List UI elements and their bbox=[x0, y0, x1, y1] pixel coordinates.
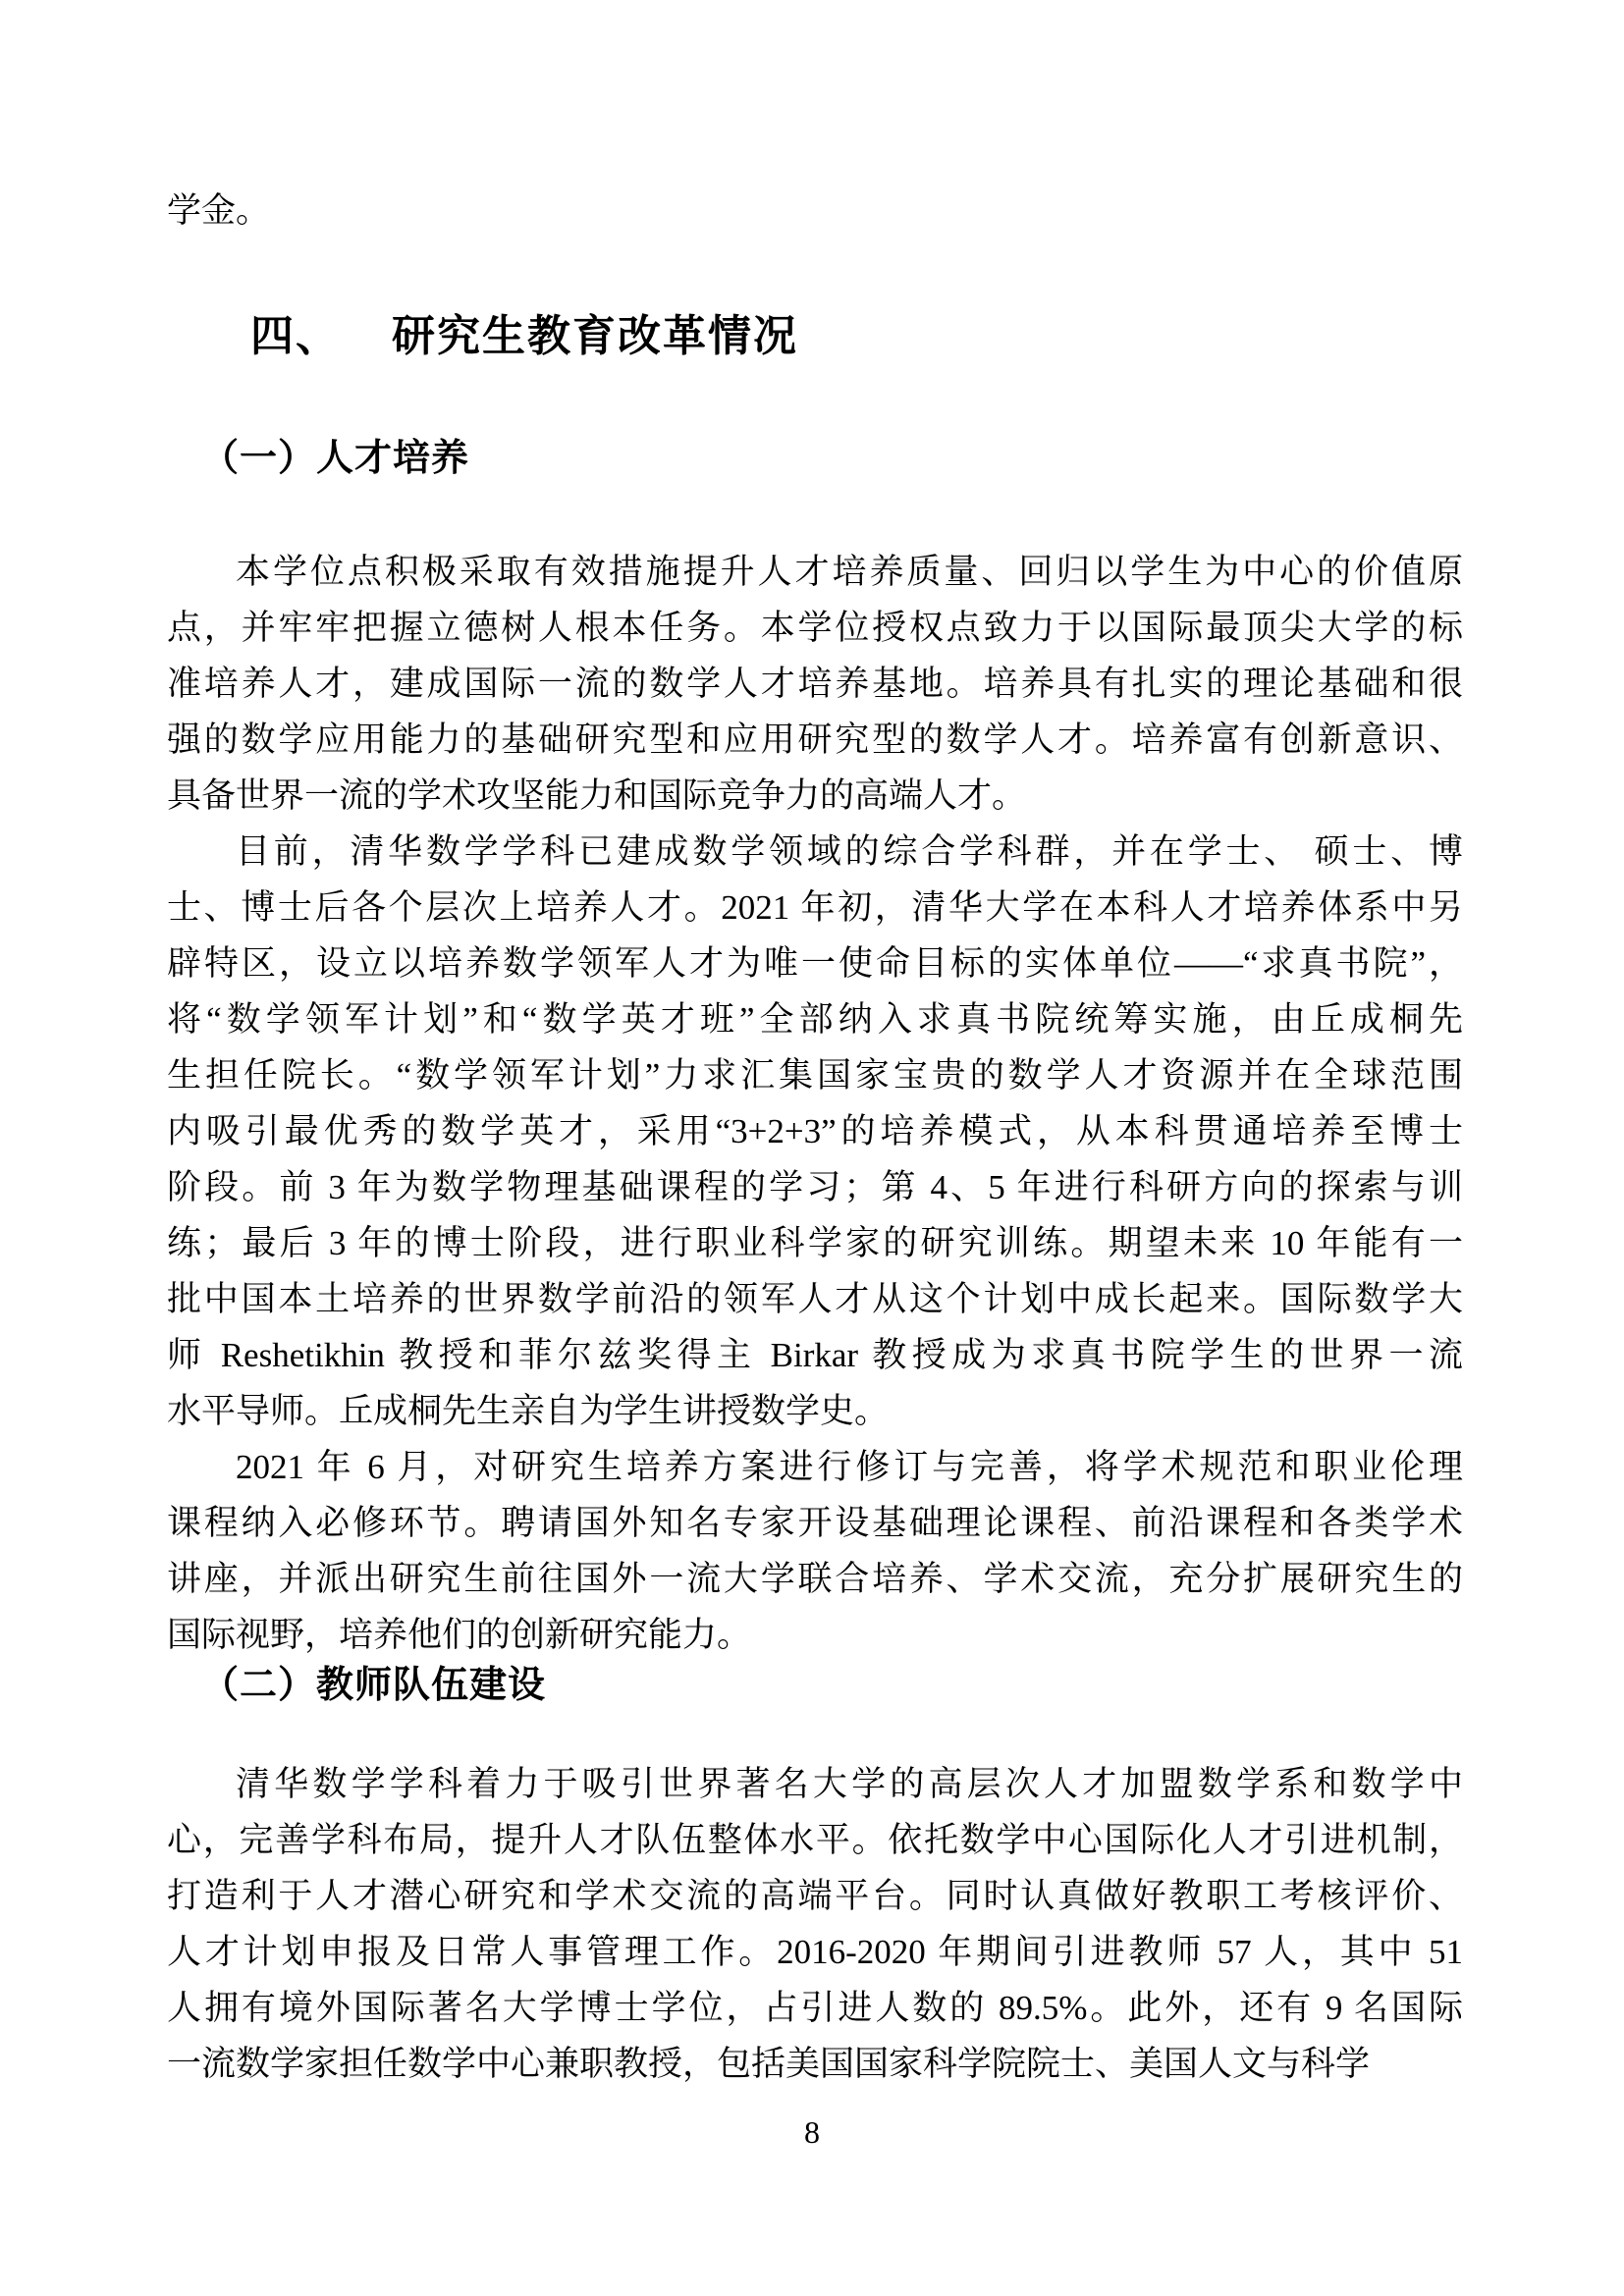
text-line: 士、博士后各个层次上培养人才。2021 年初，清华大学在本科人才培养体系中另 bbox=[167, 880, 1463, 935]
text-line: 点，并牢牢把握立德树人根本任务。本学位授权点致力于以国际最顶尖大学的标 bbox=[167, 600, 1463, 656]
text-line: 水平导师。丘成桐先生亲自为学生讲授数学史。 bbox=[167, 1383, 1463, 1439]
text-line: 内吸引最优秀的数学英才，采用“3+2+3”的培养模式，从本科贯通培养至博士 bbox=[167, 1103, 1463, 1159]
text-line: 强的数学应用能力的基础研究型和应用研究型的数学人才。培养富有创新意识、 bbox=[167, 712, 1463, 768]
chapter-number: 四、 bbox=[250, 312, 341, 360]
paragraph: 目前，清华数学学科已建成数学领域的综合学科群，并在学士、 硕士、博士、博士后各个… bbox=[167, 824, 1463, 1439]
paragraph: 清华数学学科着力于吸引世界著名大学的高层次人才加盟数学系和数学中心，完善学科布局… bbox=[167, 1756, 1463, 2092]
text-line: 2021 年 6 月，对研究生培养方案进行修订与完善，将学术规范和职业伦理 bbox=[167, 1439, 1463, 1495]
text-line: 目前，清华数学学科已建成数学领域的综合学科群，并在学士、 硕士、博 bbox=[167, 824, 1463, 880]
text-line: 打造利于人才潜心研究和学术交流的高端平台。同时认真做好教职工考核评价、 bbox=[167, 1868, 1463, 1924]
text-line: 人才计划申报及日常人事管理工作。2016-2020 年期间引进教师 57 人，其… bbox=[167, 1924, 1463, 1980]
text-line: 具备世界一流的学术攻坚能力和国际竞争力的高端人才。 bbox=[167, 768, 1463, 824]
section-heading-faculty-building: （二）教师队伍建设 bbox=[201, 1657, 1463, 1714]
text-line: 讲座，并派出研究生前往国外一流大学联合培养、学术交流，充分扩展研究生的 bbox=[167, 1551, 1463, 1607]
text-line: 师 Reshetikhin 教授和菲尔兹奖得主 Birkar 教授成为求真书院学… bbox=[167, 1327, 1463, 1383]
section-body-faculty-building: 清华数学学科着力于吸引世界著名大学的高层次人才加盟数学系和数学中心，完善学科布局… bbox=[167, 1756, 1463, 2092]
text-line: 本学位点积极采取有效措施提升人才培养质量、回归以学生为中心的价值原 bbox=[167, 544, 1463, 600]
section-body-talent-cultivation: 本学位点积极采取有效措施提升人才培养质量、回归以学生为中心的价值原点，并牢牢把握… bbox=[167, 544, 1463, 1663]
text-line: 练；最后 3 年的博士阶段，进行职业科学家的研究训练。期望未来 10 年能有一 bbox=[167, 1215, 1463, 1271]
chapter-title: 研究生教育改革情况 bbox=[392, 312, 798, 360]
paragraph: 2021 年 6 月，对研究生培养方案进行修订与完善，将学术规范和职业伦理课程纳… bbox=[167, 1439, 1463, 1663]
text-line: 人拥有境外国际著名大学博士学位，占引进人数的 89.5%。此外，还有 9 名国际 bbox=[167, 1980, 1463, 2036]
chapter-heading: 四、研究生教育改革情况 bbox=[250, 306, 1463, 367]
text-line: 批中国本土培养的世界数学前沿的领军人才从这个计划中成长起来。国际数学大 bbox=[167, 1271, 1463, 1327]
text-line: 准培养人才，建成国际一流的数学人才培养基地。培养具有扎实的理论基础和很 bbox=[167, 656, 1463, 712]
section-heading-talent-cultivation: （一）人才培养 bbox=[201, 430, 1463, 487]
text-line: 辟特区，设立以培养数学领军人才为唯一使命目标的实体单位——“求真书院”， bbox=[167, 935, 1463, 991]
text-line: 心，完善学科布局，提升人才队伍整体水平。依托数学中心国际化人才引进机制， bbox=[167, 1812, 1463, 1868]
document-page: 学金。 四、研究生教育改革情况 （一）人才培养 本学位点积极采取有效措施提升人才… bbox=[0, 0, 1624, 2296]
continued-paragraph-text: 学金。 bbox=[167, 183, 1463, 239]
text-line: 国际视野，培养他们的创新研究能力。 bbox=[167, 1607, 1463, 1663]
text-line: 清华数学学科着力于吸引世界著名大学的高层次人才加盟数学系和数学中 bbox=[167, 1756, 1463, 1812]
text-line: 阶段。前 3 年为数学物理基础课程的学习；第 4、5 年进行科研方向的探索与训 bbox=[167, 1159, 1463, 1215]
text-line: 将“数学领军计划”和“数学英才班”全部纳入求真书院统筹实施，由丘成桐先 bbox=[167, 991, 1463, 1047]
page-number: 8 bbox=[0, 2110, 1624, 2154]
text-line: 生担任院长。“数学领军计划”力求汇集国家宝贵的数学人才资源并在全球范围 bbox=[167, 1047, 1463, 1103]
paragraph: 本学位点积极采取有效措施提升人才培养质量、回归以学生为中心的价值原点，并牢牢把握… bbox=[167, 544, 1463, 824]
text-line: 课程纳入必修环节。聘请国外知名专家开设基础理论课程、前沿课程和各类学术 bbox=[167, 1495, 1463, 1551]
text-line: 一流数学家担任数学中心兼职教授，包括美国国家科学院院士、美国人文与科学 bbox=[167, 2036, 1463, 2092]
